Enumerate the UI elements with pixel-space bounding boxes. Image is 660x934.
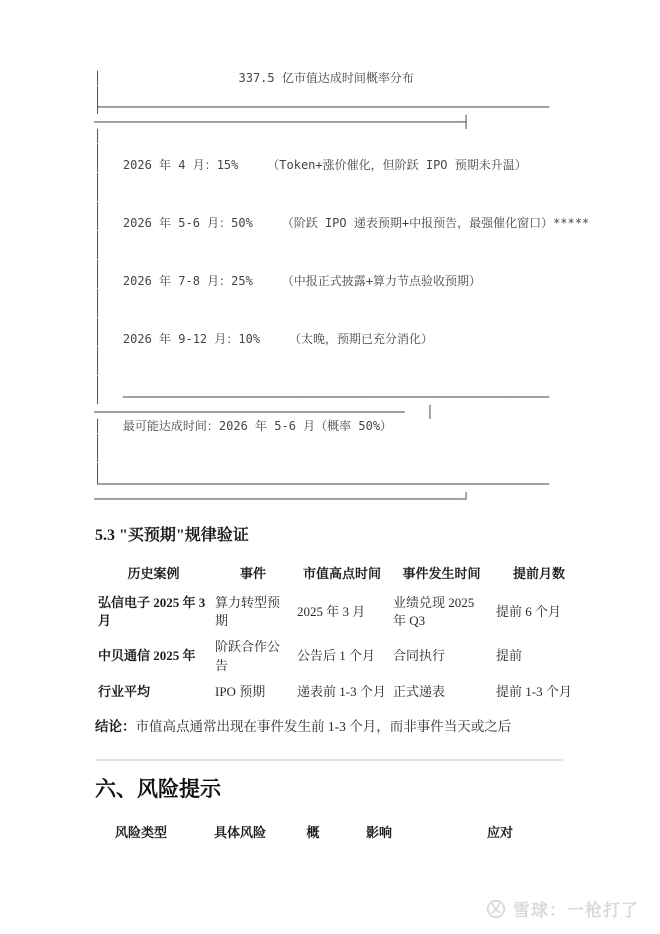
- cell-lead-months: 提前 1-3 个月: [493, 679, 585, 705]
- cell-case: 中贝通信 2025 年: [95, 634, 212, 678]
- cell-event-time: 正式递表: [390, 679, 493, 705]
- cell-event-time: 业绩兑现 2025 年 Q3: [390, 590, 493, 634]
- cell-event: 阶跃合作公告: [212, 634, 294, 678]
- col-header-lead-months: 提前月数: [493, 561, 585, 590]
- col-header-history-case: 历史案例: [95, 561, 212, 590]
- col-header-specific-risk: 具体风险: [187, 820, 293, 843]
- cell-case: 行业平均: [95, 679, 212, 705]
- table-row: 弘信电子 2025 年 3 月 算力转型预期 2025 年 3 月 业绩兑现 2…: [95, 590, 585, 634]
- cell-event: IPO 预期: [212, 679, 294, 705]
- table-row: 中贝通信 2025 年 阶跃合作公告 公告后 1 个月 合同执行 提前: [95, 634, 585, 678]
- cell-case: 弘信电子 2025 年 3 月: [95, 590, 212, 634]
- col-header-probability: 概: [293, 820, 333, 843]
- col-header-impact: 影响: [333, 820, 425, 843]
- table-row: 行业平均 IPO 预期 递表前 1-3 个月 正式递表 提前 1-3 个月: [95, 679, 585, 705]
- risk-table-header-row: 风险类型 具体风险 概 影响 应对: [95, 820, 575, 843]
- expectation-verification-table: 历史案例 事件 市值高点时间 事件发生时间 提前月数 弘信电子 2025 年 3…: [95, 561, 585, 705]
- section-6-heading: 六、风险提示: [95, 773, 221, 803]
- cell-lead-months: 提前 6 个月: [493, 590, 585, 634]
- section-5-3-heading: 5.3 "买预期"规律验证: [95, 522, 249, 545]
- col-header-event: 事件: [212, 561, 294, 590]
- col-header-response: 应对: [425, 820, 575, 843]
- col-header-risk-type: 风险类型: [95, 820, 187, 843]
- risk-table: 风险类型 具体风险 概 影响 应对: [95, 820, 575, 843]
- cell-peak-time: 公告后 1 个月: [294, 634, 390, 678]
- cell-event: 算力转型预期: [212, 590, 294, 634]
- cell-peak-time: 2025 年 3 月: [294, 590, 390, 634]
- section-divider: [95, 759, 563, 761]
- xueqiu-watermark: 雪球：一枪打了: [486, 896, 639, 921]
- table-header-row: 历史案例 事件 市值高点时间 事件发生时间 提前月数: [95, 561, 585, 590]
- cell-lead-months: 提前: [493, 634, 585, 678]
- probability-distribution-ascii-chart: │ 337.5 亿市值达成时间概率分布 │ ├─────────────────…: [94, 71, 589, 506]
- conclusion-text: 市值高点通常出现在事件发生前 1-3 个月，而非事件当天或之后: [136, 719, 512, 734]
- conclusion-label: 结论：: [95, 719, 136, 734]
- col-header-peak-time: 市值高点时间: [294, 561, 390, 590]
- conclusion-paragraph: 结论：市值高点通常出现在事件发生前 1-3 个月，而非事件当天或之后: [95, 717, 565, 737]
- watermark-text: 雪球：一枪打了: [513, 896, 639, 921]
- col-header-event-time: 事件发生时间: [390, 561, 493, 590]
- xueqiu-logo-icon: [486, 899, 506, 919]
- cell-event-time: 合同执行: [390, 634, 493, 678]
- cell-peak-time: 递表前 1-3 个月: [294, 679, 390, 705]
